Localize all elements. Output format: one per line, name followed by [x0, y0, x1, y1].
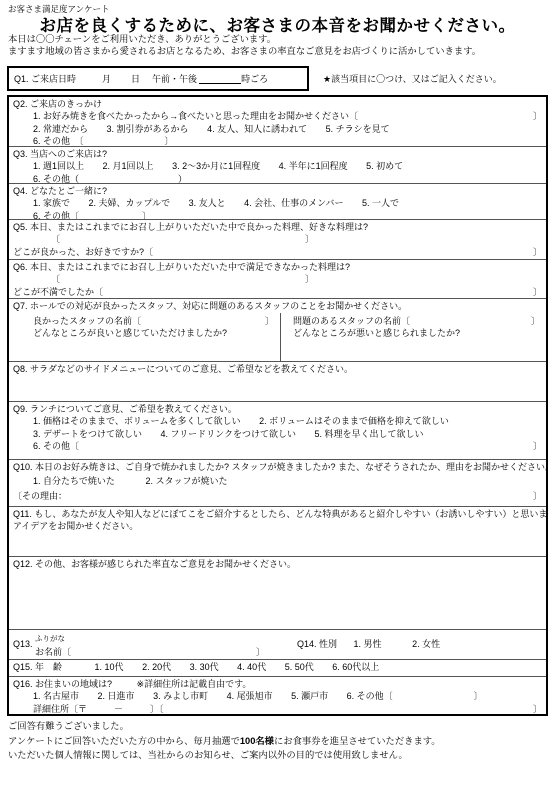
q1-visit-datetime-box: Q1. ご来店日時 月 日 午前・午後 時ごろ: [7, 66, 309, 91]
q13-name-close-bracket: 〕: [256, 645, 265, 658]
q7-good-staff-name-label: 良かったスタッフの名前〔: [33, 315, 141, 327]
q16-option-other[interactable]: 6. その他〔 〕: [347, 691, 483, 701]
q12-row: Q12. その他、お客様が感じられた率直なご意見をお聞かせください。: [9, 557, 546, 630]
q3-option-4[interactable]: 4. 半年に1回程度: [279, 161, 348, 171]
q13-number: Q13.: [13, 639, 33, 649]
q16-address-label: 詳細住所〔〒 － 〕〔: [33, 703, 164, 714]
q10-reason-close-bracket: 〕: [533, 490, 542, 502]
q2-option-2[interactable]: 2. 常連だから: [33, 124, 88, 134]
q14-option-female[interactable]: 2. 女性: [412, 639, 440, 649]
intro-text: 本日は〇〇チェーンをご利用いただき、ありがとうございます。 ますます地域の皆さま…: [8, 33, 547, 58]
q1-label: Q1. ご来店日時: [14, 72, 76, 85]
q8-response-area[interactable]: [13, 375, 542, 399]
q16-option-4[interactable]: 4. 尾張旭市: [227, 691, 273, 701]
q15-option-5[interactable]: 5. 50代: [285, 662, 314, 672]
q11-title-2: アイデアをお聞かせください。: [13, 520, 542, 532]
q16-title: Q16. お住まいの地域は?: [13, 679, 112, 689]
q15-option-2[interactable]: 2. 20代: [142, 662, 171, 672]
footer-privacy: いただいた個人情報に関しては、当社からのお知らせ、ご案内以外の目的では使用致しま…: [8, 748, 547, 763]
q1-time-suffix: 時ごろ: [241, 72, 268, 85]
q7-columns: 良かったスタッフの名前〔 〕 どんなところが良いと感じていただけましたか? 問題…: [9, 313, 546, 361]
q9-other-close-bracket: 〕: [533, 440, 542, 452]
q1-month-label: 月: [102, 72, 111, 85]
q16-option-5[interactable]: 5. 瀬戸市: [291, 691, 328, 701]
q13-name-field[interactable]: [71, 645, 256, 658]
q5-title: Q5. 本日、またはこれまでにお召し上がりいただいた中で良かった料理、好きな料理…: [13, 221, 542, 233]
circle-instruction: ★該当項目に〇つけ、又はご記入ください。: [323, 72, 502, 85]
q15-option-4[interactable]: 4. 40代: [237, 662, 266, 672]
footer-prize-count: 100名様: [240, 736, 274, 746]
footer-note: ご回答有難うございました。 アンケートにご回答いただいた方の中から、毎月抽選で1…: [8, 719, 547, 763]
q9-other-field[interactable]: [79, 440, 533, 452]
q9-option-1[interactable]: 1. 価格はそのままで、ボリュームを多くして欲しい: [33, 416, 241, 426]
q2-option-1-field[interactable]: [358, 110, 533, 122]
q1-day-label: 日: [131, 72, 140, 85]
q12-response-area[interactable]: [13, 570, 542, 626]
q11-title: Q11. もし、あなたが友人や知人などにぼてこをご紹介するとしたら、どんな特典が…: [13, 508, 542, 520]
q4-title: Q4. どなたとご一緒に?: [13, 185, 542, 197]
q2-row: Q2. ご来店のきっかけ 1. お好み焼きを食べたかったから→食べたいと思った理…: [9, 97, 546, 147]
q7-good-staff-close-bracket: 〕: [265, 315, 274, 327]
q7-row: Q7. ホールでの対応が良かったスタッフ、対応に問題のあるスタッフのことをお聞か…: [9, 299, 546, 362]
q9-option-5[interactable]: 5. 料理を早く出して欲しい: [315, 429, 424, 439]
q3-option-other[interactable]: 6. その他（ ）: [33, 174, 187, 184]
q16-address-close-bracket: 〕: [533, 703, 542, 714]
q16-option-1[interactable]: 1. 名古屋市: [33, 691, 79, 701]
q2-title: Q2. ご来店のきっかけ: [13, 98, 542, 110]
q9-option-2[interactable]: 2. ボリュームはそのままで価格を抑えて欲しい: [259, 416, 449, 426]
q1-row: Q1. ご来店日時 月 日 午前・午後 時ごろ ★該当項目に〇つけ、又はご記入く…: [7, 66, 548, 91]
q4-option-5[interactable]: 5. 一人で: [362, 198, 399, 208]
q10-reason-field[interactable]: [67, 490, 533, 502]
q7-title: Q7. ホールでの対応が良かったスタッフ、対応に問題のあるスタッフのことをお聞か…: [13, 300, 542, 312]
q14-block: Q14. 性別 1. 男性 2. 女性: [297, 637, 454, 650]
q16-note: ※詳細住所は記載自由です。: [137, 679, 252, 689]
q3-option-5[interactable]: 5. 初めて: [366, 161, 403, 171]
q7-good-staff-question: どんなところが良いと感じていただけましたか?: [33, 327, 274, 339]
q7-bad-staff-column: 問題のあるスタッフの名前〔 〕 どんなところが悪いと感じられましたか?: [281, 313, 546, 361]
footer-prize-post: にお食事券を進呈させていただきます。: [274, 736, 441, 746]
q5-why-field[interactable]: [153, 246, 533, 258]
q9-option-3[interactable]: 3. デザートをつけて欲しい: [33, 429, 142, 439]
q5-dish-close-bracket: 〕: [305, 234, 314, 244]
q1-time-field[interactable]: [199, 73, 241, 84]
q10-option-2[interactable]: 2. スタッフが焼いた: [145, 476, 227, 486]
q15-option-1[interactable]: 1. 10代: [95, 662, 124, 672]
q7-bad-staff-close-bracket: 〕: [531, 315, 540, 327]
q5-why-label: どこが良かった、お好きですか?〔: [13, 246, 153, 258]
q9-option-other[interactable]: 6. その他〔: [33, 440, 79, 452]
q16-row: Q16. お住まいの地域は? ※詳細住所は記載自由です。 1. 名古屋市 2. …: [9, 677, 546, 714]
q14-title: Q14. 性別: [297, 639, 337, 649]
q9-title: Q9. ランチについてご意見、ご希望を教えてください。: [13, 403, 542, 415]
q4-option-4[interactable]: 4. 会社、仕事のメンバー: [244, 198, 343, 208]
q4-row: Q4. どなたとご一緒に? 1. 家族で 2. 夫婦、カップルで 3. 友人と …: [9, 184, 546, 220]
q13-name-label: お名前〔: [35, 645, 71, 658]
q9-option-4[interactable]: 4. フリードリンクをつけて欲しい: [161, 429, 296, 439]
q2-option-1-close-bracket: 〕: [533, 110, 542, 122]
q15-row: Q15. 年 齢 1. 10代 2. 20代 3. 30代 4. 40代 5. …: [9, 660, 546, 677]
q11-response-area[interactable]: [13, 533, 542, 555]
q4-option-2[interactable]: 2. 夫婦、カップルで: [89, 198, 171, 208]
q16-option-3[interactable]: 3. みよし市町: [153, 691, 208, 701]
q8-title: Q8. サラダなどのサイドメニューについてのご意見、ご希望などを教えてください。: [13, 363, 542, 375]
q16-option-2[interactable]: 2. 日進市: [98, 691, 135, 701]
q6-why-close-bracket: 〕: [533, 286, 542, 298]
q15-option-3[interactable]: 3. 30代: [190, 662, 219, 672]
q2-option-3[interactable]: 3. 割引券があるから: [107, 124, 189, 134]
q7-good-staff-response-area[interactable]: [33, 340, 274, 362]
q5-dish-open-bracket: 〔: [51, 234, 60, 244]
q13-q14-row: Q13. ふりがな お名前〔 〕 Q14. 性別 1. 男性 2. 女性: [9, 630, 546, 660]
survey-table: Q2. ご来店のきっかけ 1. お好み焼きを食べたかったから→食べたいと思った理…: [7, 95, 548, 716]
q13-furigana-label: ふりがな: [35, 633, 65, 644]
q2-option-other[interactable]: 6. その他 〔 〕: [33, 136, 174, 146]
q7-bad-staff-response-area[interactable]: [293, 340, 540, 362]
q7-good-staff-column: 良かったスタッフの名前〔 〕 どんなところが良いと感じていただけましたか?: [9, 313, 281, 361]
q6-row: Q6. 本日、またはこれまでにお召し上がりいただいた中で満足できなかった料理は?…: [9, 260, 546, 299]
q6-title: Q6. 本日、またはこれまでにお召し上がりいただいた中で満足できなかった料理は?: [13, 261, 542, 273]
q1-ampm-label: 午前・午後: [152, 72, 197, 85]
q4-option-1[interactable]: 1. 家族で: [33, 198, 70, 208]
footer-prize-pre: アンケートにご回答いただいた方の中から、毎月抽選で: [8, 736, 240, 746]
q10-row: Q10. 本日のお好み焼きは、ご自身で焼かれましたか? スタッフが焼きましたか?…: [9, 460, 546, 507]
q3-option-3[interactable]: 3. 2～3か月に1回程度: [172, 161, 260, 171]
footer-thanks: ご回答有難うございました。: [8, 719, 547, 734]
q10-title: Q10. 本日のお好み焼きは、ご自身で焼かれましたか? スタッフが焼きましたか?…: [13, 461, 542, 473]
q3-option-1[interactable]: 1. 週1回以上: [33, 161, 84, 171]
q4-option-3[interactable]: 3. 友人と: [189, 198, 226, 208]
footer-prize-line: アンケートにご回答いただいた方の中から、毎月抽選で100名様にお食事券を進呈させ…: [8, 734, 547, 749]
q10-option-1[interactable]: 1. 自分たちで焼いた: [33, 476, 115, 486]
q14-option-male[interactable]: 1. 男性: [354, 639, 382, 649]
q11-row: Q11. もし、あなたが友人や知人などにぼてこをご紹介するとしたら、どんな特典が…: [9, 507, 546, 557]
q6-dish-open-bracket: 〔: [51, 274, 60, 284]
q7-bad-staff-name-label: 問題のあるスタッフの名前〔: [293, 315, 410, 327]
q3-option-2[interactable]: 2. 月1回以上: [103, 161, 154, 171]
q6-why-label: どこが不満でしたか〔: [13, 286, 103, 298]
q5-row: Q5. 本日、またはこれまでにお召し上がりいただいた中で良かった料理、好きな料理…: [9, 220, 546, 260]
q10-reason-label: 〔その理由：: [13, 490, 67, 502]
q7-good-staff-name-field[interactable]: [141, 315, 265, 327]
q9-row: Q9. ランチについてご意見、ご希望を教えてください。 1. 価格はそのままで、…: [9, 402, 546, 460]
q12-title: Q12. その他、お客様が感じられた率直なご意見をお聞かせください。: [13, 558, 542, 570]
q2-option-5[interactable]: 5. チラシを見て: [326, 124, 390, 134]
q16-address-field[interactable]: [164, 703, 533, 714]
q5-why-close-bracket: 〕: [533, 246, 542, 258]
intro-line-2: ますます地域の皆さまから愛されるお店となるため、お客さまの率直なご意見をお店づく…: [8, 45, 547, 57]
q2-option-1[interactable]: 1. お好み焼きを食べたかったから→食べたいと思った理由をお聞かせください〔: [33, 110, 358, 122]
q8-row: Q8. サラダなどのサイドメニューについてのご意見、ご希望などを教えてください。: [9, 362, 546, 402]
q7-bad-staff-question: どんなところが悪いと感じられましたか?: [293, 327, 540, 339]
q6-dish-close-bracket: 〕: [305, 274, 314, 284]
q2-option-4[interactable]: 4. 友人、知人に誘われて: [207, 124, 307, 134]
q15-title: Q15. 年 齢: [13, 662, 62, 672]
survey-sheet: お客さま満足度アンケート お店を良くするために、お客さまの本音をお聞かせください…: [0, 0, 555, 788]
q15-option-6[interactable]: 6. 60代以上: [332, 662, 379, 672]
intro-line-1: 本日は〇〇チェーンをご利用いただき、ありがとうございます。: [8, 33, 547, 45]
q3-title: Q3. 当店へのご来店は?: [13, 148, 542, 160]
q4-option-other[interactable]: 6. その他〔 〕: [33, 211, 151, 220]
q3-row: Q3. 当店へのご来店は? 1. 週1回以上 2. 月1回以上 3. 2～3か月…: [9, 147, 546, 184]
q7-bad-staff-name-field[interactable]: [410, 315, 531, 327]
q6-why-field[interactable]: [103, 286, 533, 298]
